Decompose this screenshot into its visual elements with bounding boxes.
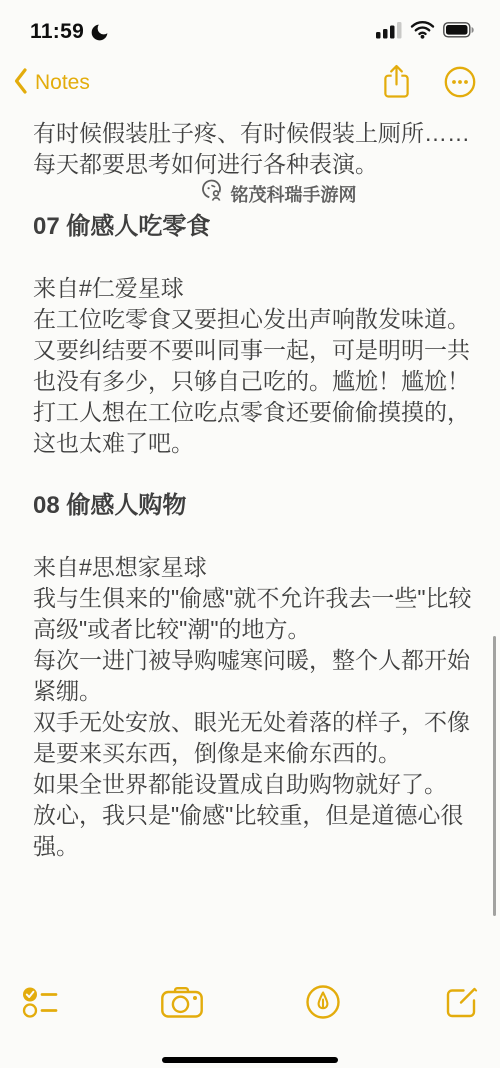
status-time: 11:59 [30,20,84,44]
watermark: 铭茂科瑞手游网 [59,180,498,211]
back-button-label: Notes [35,71,90,95]
note-line: 在工位吃零食又要担心发出声响散发味道。 [33,304,472,335]
note-line: 每次一进门被导购嘘寒问暖，整个人都开始 [33,645,472,676]
battery-icon [443,22,474,43]
share-icon [382,63,411,103]
status-right [376,20,474,44]
note-line: 有时候假装肚子疼、有时候假装上厕所…… [33,118,472,149]
markup-icon [305,984,341,1023]
note-line: 我与生俱来的"偷感"就不允许我去一些"比较 [33,583,472,614]
note-body[interactable]: 有时候假装肚子疼、有时候假装上厕所…… 每天都要思考如何进行各种表演。 铭茂科瑞… [0,108,500,862]
camera-button[interactable] [161,986,203,1021]
blank-line [33,521,472,552]
note-heading: 08 偷感人购物 [33,490,472,521]
markup-button[interactable] [305,984,341,1023]
note-line: 双手无处安放、眼光无处着落的样子，不像 [33,707,472,738]
nav-bar: Notes [0,52,500,108]
watermark-label: 铭茂科瑞手游网 [231,180,357,211]
note-line: 是要来买东西，倒像是来偷东西的。 [33,738,472,769]
note-line: 也没有多少，只够自己吃的。尴尬！尴尬！ [33,366,472,397]
cellular-signal-icon [376,21,402,44]
notes-app-screen: 11:59 [0,0,500,1068]
checklist-icon [22,986,58,1021]
compose-button[interactable] [444,985,478,1022]
watermark-logo-icon [201,178,224,213]
note-line: 这也太难了吧。 [33,428,472,459]
camera-icon [161,986,203,1021]
blank-line [33,459,472,490]
share-button[interactable] [382,63,411,103]
note-line: 强。 [33,831,472,862]
nav-actions [382,63,476,103]
note-line: 打工人想在工位吃点零食还要偷偷摸摸的， [33,397,472,428]
note-line: 每天都要思考如何进行各种表演。 [33,149,472,180]
more-options-button[interactable] [444,66,476,101]
chevron-left-icon [12,67,28,100]
back-button[interactable]: Notes [12,67,90,100]
scrollbar[interactable] [493,636,496,916]
blank-line [33,242,472,273]
bottom-toolbar [0,975,500,1031]
note-heading: 07 偷感人吃零食 [33,211,472,242]
note-line: 紧绷。 [33,676,472,707]
note-line: 来自#思想家星球 [33,552,472,583]
note-line: 又要纠结要不要叫同事一起，可是明明一共 [33,335,472,366]
note-line: 高级"或者比较"潮"的地方。 [33,614,472,645]
moon-icon [89,22,110,43]
status-left: 11:59 [30,20,110,44]
note-line: 放心，我只是"偷感"比较重，但是道德心很 [33,800,472,831]
note-line: 如果全世界都能设置成自助购物就好了。 [33,769,472,800]
home-indicator[interactable] [162,1057,338,1063]
checklist-button[interactable] [22,986,58,1021]
status-bar: 11:59 [0,0,500,52]
wifi-icon [410,20,435,44]
compose-icon [444,985,478,1022]
note-line: 来自#仁爱星球 [33,273,472,304]
ellipsis-circle-icon [444,66,476,101]
